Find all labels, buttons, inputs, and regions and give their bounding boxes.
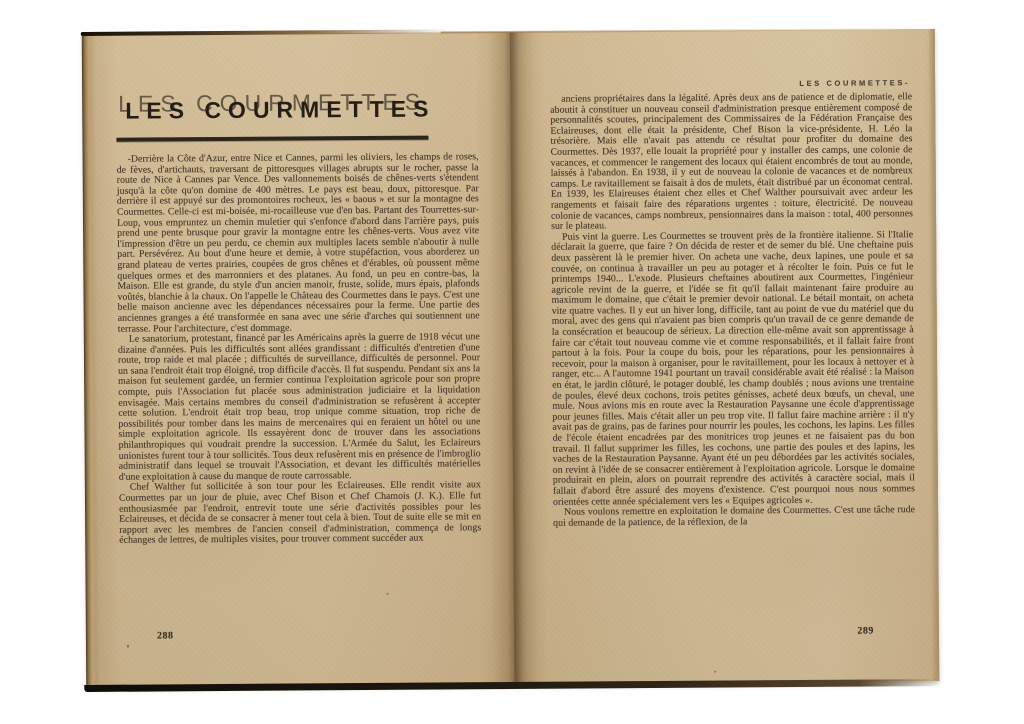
paper-speck [127,645,129,648]
chapter-title-block: LES COURMETTES LES COURMETTES [116,88,478,136]
right-page-text-column: LES COURMETTES- anciens propriétaires da… [550,78,915,529]
title-underline-rule [116,136,428,142]
paper-speck [387,593,389,595]
chapter-title: LES COURMETTES [125,98,435,123]
left-page-text-column: LES COURMETTES LES COURMETTES -Derrière … [116,88,481,546]
running-header: LES COURMETTES- [550,78,912,90]
page-number-right: 289 [824,625,874,636]
paper-speck [714,671,716,673]
paragraph: anciens propriétaires dans la légalité. … [550,92,913,232]
paragraph: Le sanatorium, protestant, financé par l… [118,332,481,483]
paragraph: Puis vint la guerre. Les Courmettes se t… [551,230,915,508]
book-spread: LES COURMETTES LES COURMETTES -Derrière … [83,29,940,687]
page-number-left: 288 [157,630,174,641]
paragraph: -Derrière la Côte d'Azur, entre Nice et … [117,152,480,335]
scan-background: LES COURMETTES LES COURMETTES -Derrière … [0,0,1024,724]
paragraph: Chef Walther fut sollicitée à son tour p… [119,481,481,547]
paragraph: Nous voulons remettre en exploitation le… [553,505,915,529]
